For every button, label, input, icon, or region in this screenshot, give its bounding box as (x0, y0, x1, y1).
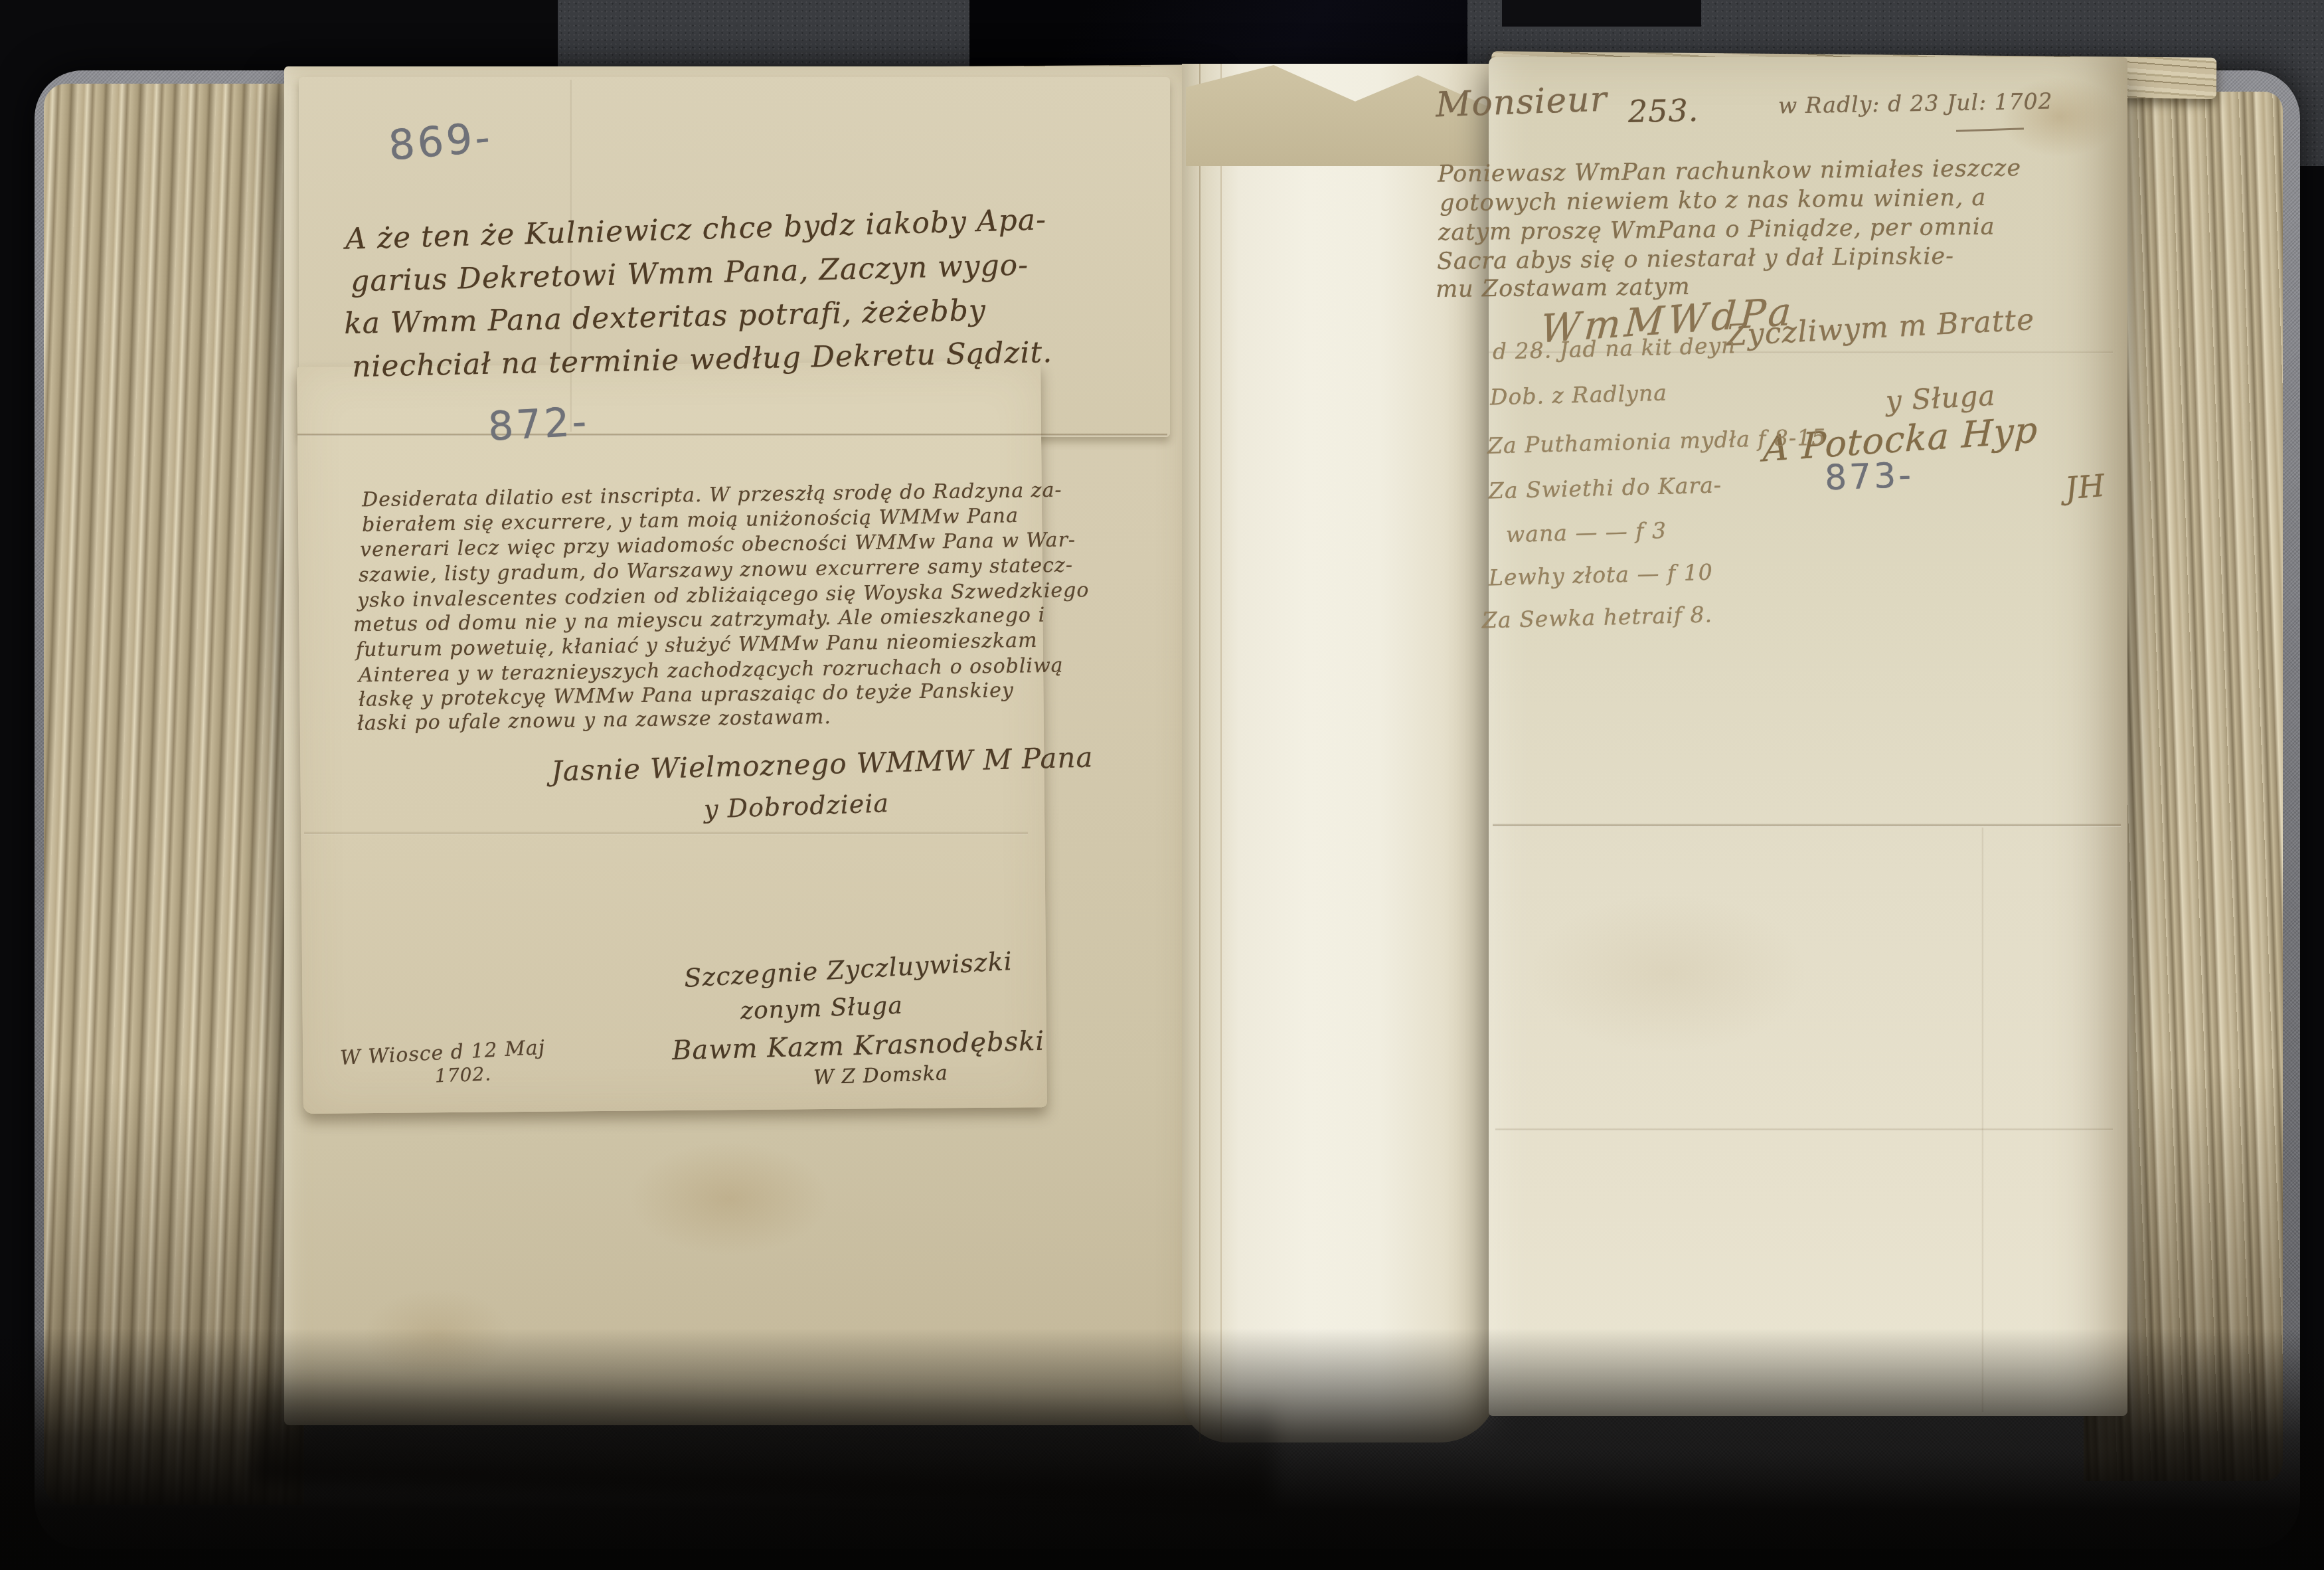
vignette-overlay (0, 0, 2324, 1570)
archival-scan-photo: 869- A że ten że Kulniewicz chce bydz ia… (0, 0, 2324, 1570)
